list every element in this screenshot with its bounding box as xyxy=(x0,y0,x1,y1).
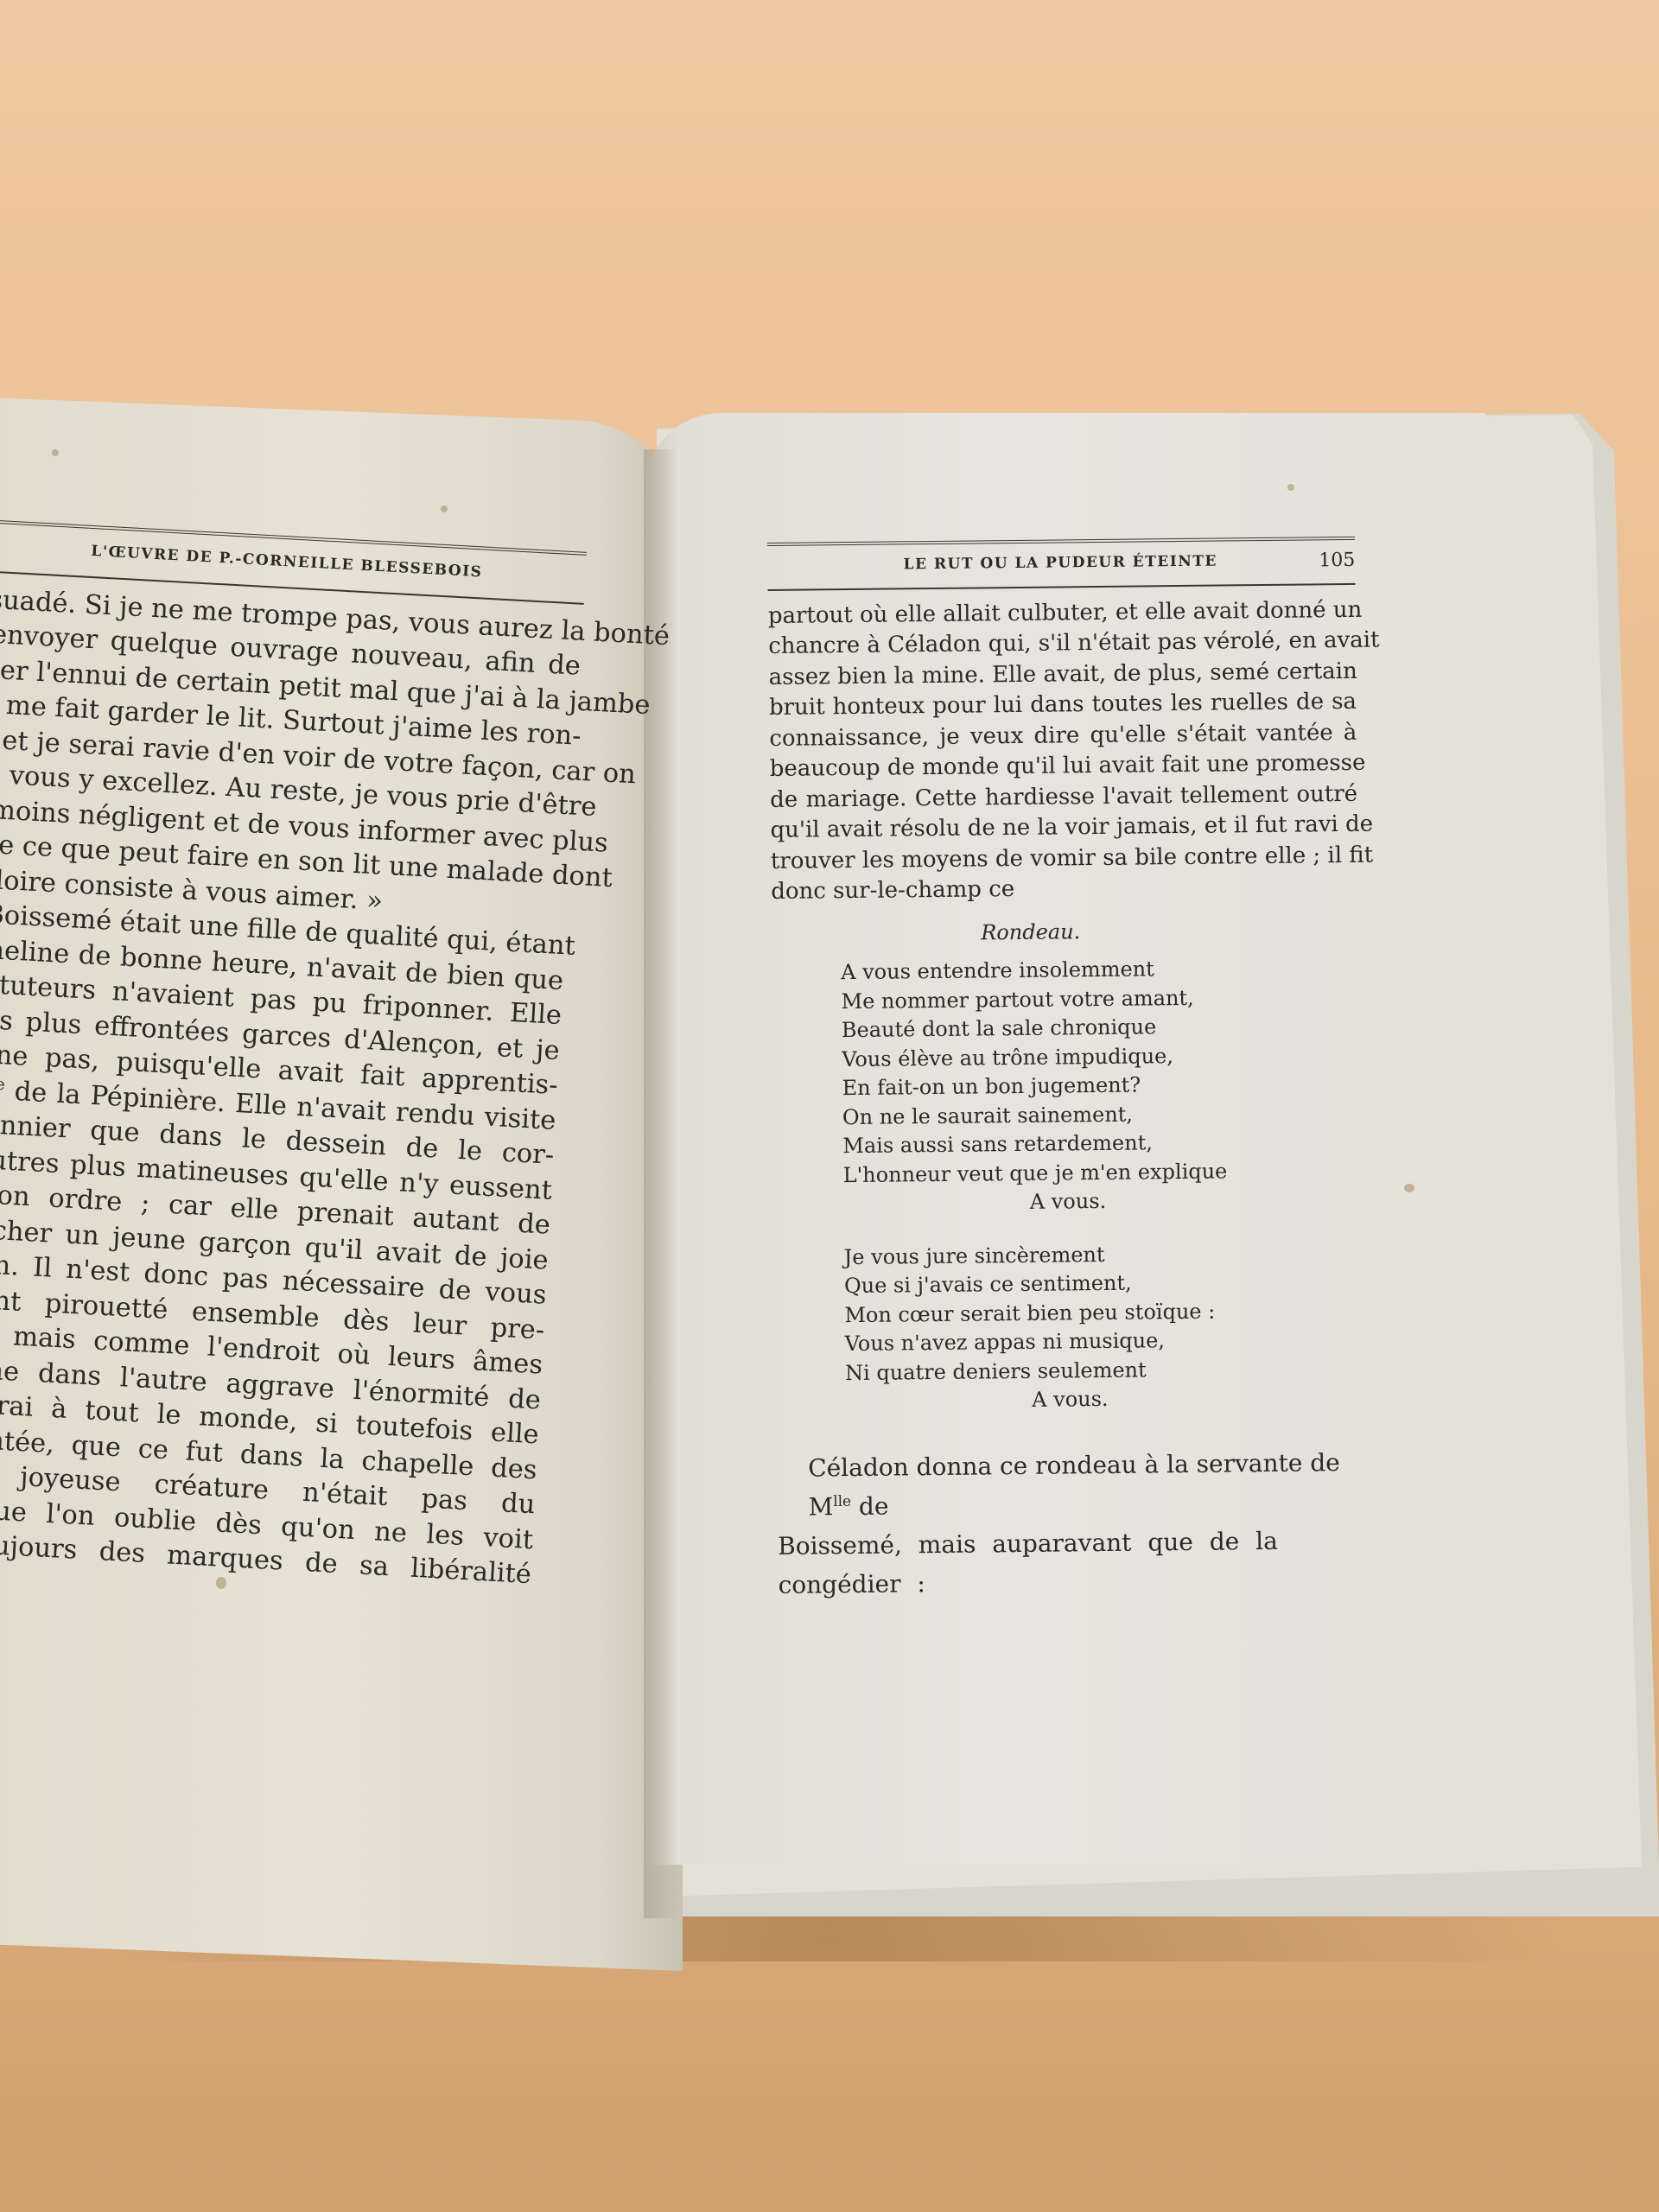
text-line: donc sur-le-champ ce xyxy=(771,871,1358,908)
right-page-number: 105 xyxy=(1319,545,1355,576)
right-page-text: LE RUT OU LA PUDEUR ÉTEINTE 105 partout … xyxy=(767,537,1366,1605)
text-line: Céladon donna ce rondeau à la servante d… xyxy=(777,1442,1365,1526)
right-running-header: LE RUT OU LA PUDEUR ÉTEINTE 105 xyxy=(767,537,1356,591)
superscript-abbrev: lle xyxy=(833,1491,851,1509)
paper-foxing-spot xyxy=(441,505,448,512)
right-running-title: LE RUT OU LA PUDEUR ÉTEINTE xyxy=(802,545,1319,582)
right-body-paragraph: partout où elle allait culbuter, et elle… xyxy=(768,594,1359,907)
text-line: Boissemé, mais auparavant que de la cong… xyxy=(778,1520,1366,1604)
poem-stanza-1: A vous entendre insolemment Me nommer pa… xyxy=(841,953,1362,1219)
book-gutter xyxy=(644,449,678,1918)
poem-title: Rondeau. xyxy=(772,913,1359,950)
text-line: trouver les moyens de vomir sa bile cont… xyxy=(771,840,1358,877)
paper-foxing-spot xyxy=(52,449,59,456)
closing-paragraph: Céladon donna ce rondeau à la servante d… xyxy=(777,1442,1366,1604)
paper-foxing-spot xyxy=(1287,484,1294,491)
paper-foxing-spot xyxy=(216,1577,226,1589)
poem-refrain: A vous. xyxy=(845,1382,1363,1417)
left-body-text: ersuadé. Si je ne me trompe pas, vous au… xyxy=(0,581,583,1592)
text-fragment: de xyxy=(851,1491,889,1520)
paper-foxing-spot xyxy=(1404,1184,1414,1192)
poem-stanza-2: Je vous jure sincèrement Que si j'avais … xyxy=(843,1237,1363,1416)
rondeau-poem: A vous entendre insolemment Me nommer pa… xyxy=(841,953,1364,1417)
left-page-text: 04 L'ŒUVRE DE P.-CORNEILLE BLESSEBOIS er… xyxy=(0,518,587,1593)
